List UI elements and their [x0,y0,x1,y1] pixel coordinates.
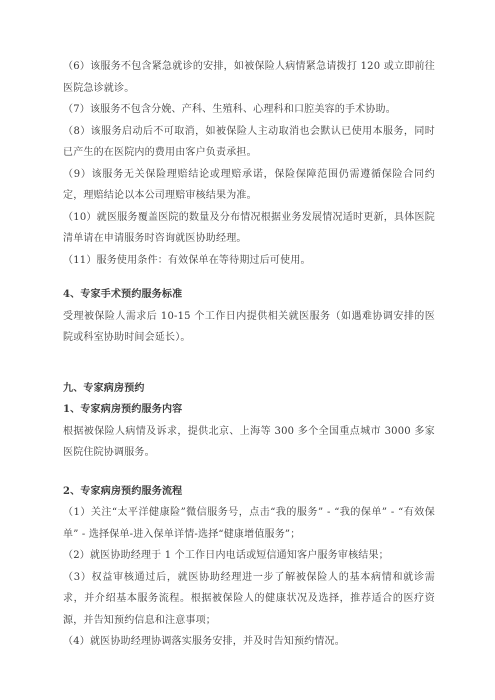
doc-paragraph-11: （11）服务使用条件：有效保单在等待期过后可使用。 [63,250,435,272]
doc-paragraph-process-step-4: （4）就医协助经理协调落实服务安排，并及时告知预约情况。 [63,631,435,653]
doc-paragraph-standard-detail: 受理被保险人需求后 10-15 个工作日内提供相关就医服务（如遇难协调安排的医院… [63,306,435,349]
heading-surgery-booking-standard: 4、专家手术预约服务标准 [63,284,435,306]
heading-section-nine-ward-booking: 九、专家病房预约 [63,378,435,400]
document-page: （6）该服务不包含紧急就诊的安排，如被保险人病情紧急请拨打 120 或立即前往医… [0,0,495,700]
doc-paragraph-10: （10）就医服务覆盖医院的数量及分布情况根据业务发展情况适时更新，具体医院清单请… [63,207,435,250]
heading-ward-booking-process: 2、专家病房预约服务流程 [63,481,435,503]
doc-paragraph-content-detail: 根据被保险人病情及诉求，提供北京、上海等 300 多个全国重点城市 3000 多… [63,421,435,464]
heading-ward-booking-content: 1、专家病房预约服务内容 [63,399,435,421]
doc-paragraph-9: （9）该服务无关保险理赔结论或理赔承诺，保险保障范围仍需遵循保险合同约定，理赔结… [63,164,435,207]
doc-paragraph-6: （6）该服务不包含紧急就诊的安排，如被保险人病情紧急请拨打 120 或立即前往医… [63,56,435,99]
doc-paragraph-8: （8）该服务启动后不可取消，如被保险人主动取消也会默认已使用本服务，同时已产生的… [63,121,435,164]
doc-paragraph-process-step-2: （2）就医协助经理于 1 个工作日内电话或短信通知客户服务审核结果； [63,545,435,567]
doc-paragraph-process-step-3: （3）权益审核通过后，就医协助经理进一步了解被保险人的基本病情和就诊需求，并介绍… [63,567,435,632]
doc-paragraph-process-step-1: （1）关注“太平洋健康险”微信服务号，点击“我的服务” - “我的保单” - “… [63,502,435,545]
doc-paragraph-7: （7）该服务不包含分娩、产科、生殖科、心理科和口腔美容的手术协助。 [63,99,435,121]
document-content: （6）该服务不包含紧急就诊的安排，如被保险人病情紧急请拨打 120 或立即前往医… [63,56,435,653]
